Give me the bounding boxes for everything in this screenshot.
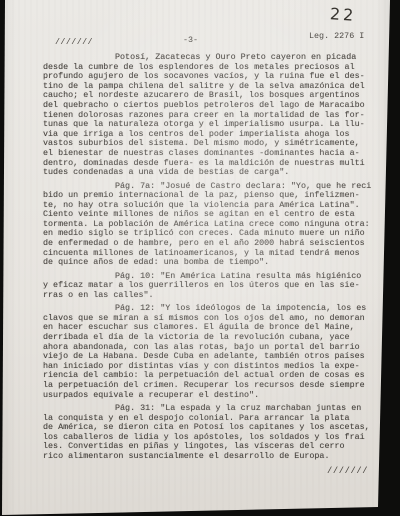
paragraph: Pág. 31: "La espada y la cruz marchaban … (43, 404, 379, 462)
text-line: de quince años de edad: una bomba de tie… (43, 258, 379, 268)
legajo-reference: Leg. 2276 I (309, 31, 364, 41)
page-number: -3- (183, 35, 198, 45)
text-line: usurpados equivale a recuperar el destin… (43, 391, 379, 401)
paragraph: Pág. 12: "Y los ideólogos de la impotenc… (43, 304, 379, 400)
text-line: tudes condenadas a una vida de bestias d… (43, 168, 379, 178)
header-slashes: /////// (55, 37, 93, 47)
text-line: rico alimentaron sustancialmente el desa… (43, 452, 379, 462)
scanned-page: 22 /////// -3- Leg. 2276 I Potosí, Zacat… (0, 0, 400, 516)
paragraph: Pág. 7a: "Josué de Castro declara: "Yo, … (43, 182, 379, 268)
text-line: rras o en las calles". (43, 291, 379, 301)
handwritten-page-number: 22 (329, 4, 357, 25)
scan-frame: 22 /////// -3- Leg. 2276 I Potosí, Zacat… (0, 0, 400, 516)
document-body: Potosí, Zacatecas y Ouro Preto cayeron e… (43, 53, 379, 462)
footer-slashes: /////// (327, 466, 368, 476)
paragraph: Potosí, Zacatecas y Ouro Preto cayeron e… (43, 53, 379, 178)
paragraph: Pág. 10: "En América Latina resulta más … (43, 272, 379, 301)
